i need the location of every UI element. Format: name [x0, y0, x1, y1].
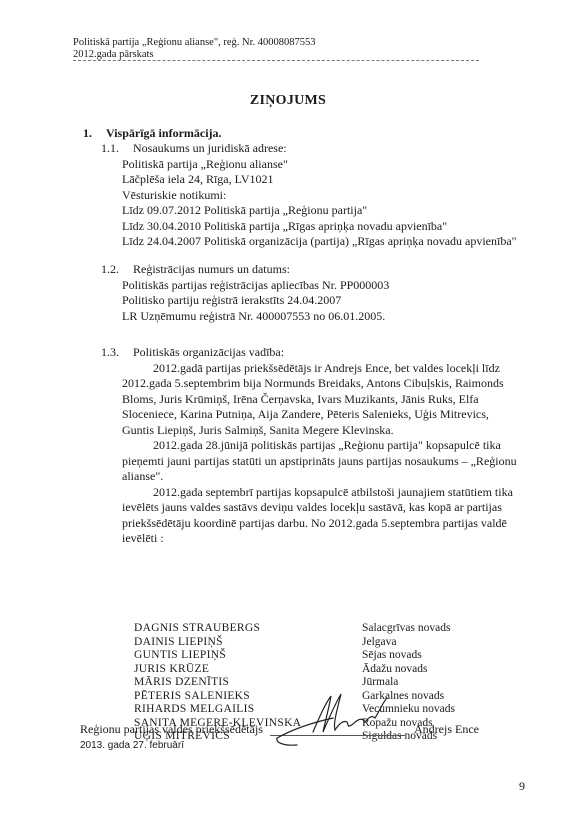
signatory-role: Reģionu partijas valdes priekšsēdētājs	[80, 722, 263, 737]
section-1-1: 1.1.Nosaukums un juridiskā adrese: Polit…	[101, 141, 541, 250]
header-divider	[73, 60, 479, 62]
list-item: DAINIS LIEPIŅŠJelgava	[134, 636, 455, 650]
running-header: Politiskā partija „Reģionu alianse", reģ…	[73, 37, 316, 61]
document-page: Politiskā partija „Reģionu alianse", reģ…	[0, 0, 576, 824]
text-line: Lāčplēša iela 24, Rīga, LV1021	[122, 172, 541, 188]
paragraph: 2012.gada septembrī partijas kopsapulcē …	[122, 485, 522, 547]
signature-date: 2013. gada 27. februārī	[80, 740, 184, 751]
paragraph: 2012.gada 28.jūnijā politiskās partijas …	[122, 438, 522, 485]
list-item: JURIS KRŪZEĀdažu novads	[134, 663, 455, 677]
text-line: Līdz 09.07.2012 Politiskā partija „Reģio…	[122, 203, 541, 219]
text-line: Līdz 24.04.2007 Politiskā organizācija (…	[122, 234, 541, 250]
text-line: Līdz 30.04.2010 Politiskā partija „Rīgas…	[122, 219, 541, 235]
page-number: 9	[519, 779, 525, 794]
section-1-1-lines: Politiskā partija „Reģionu alianse" Lāčp…	[101, 157, 541, 250]
text-line: Politiskā partija „Reģionu alianse"	[122, 157, 541, 173]
section-1-1-heading: 1.1.Nosaukums un juridiskā adrese:	[101, 141, 541, 157]
text-line: LR Uzņēmumu reģistrā Nr. 400007553 no 06…	[122, 309, 541, 325]
section-1-heading: 1.Vispārīgā informācija.	[83, 126, 222, 142]
header-party-line: Politiskā partija „Reģionu alianse", reģ…	[73, 37, 316, 49]
section-1-2: 1.2.Reģistrācijas numurs un datums: Poli…	[101, 262, 541, 324]
handwritten-signature-icon	[275, 688, 395, 750]
section-1-3-body: 2012.gadā partijas priekšsēdētājs ir And…	[101, 361, 522, 547]
section-1-3: 1.3.Politiskās organizācijas vadība: 201…	[101, 345, 541, 547]
text-line: Vēsturiskie notikumi:	[122, 188, 541, 204]
list-item: GUNTIS LIEPIŅŠSējas novads	[134, 649, 455, 663]
section-1-2-heading: 1.2.Reģistrācijas numurs un datums:	[101, 262, 541, 278]
list-item: DAGNIS STRAUBERGSSalacgrīvas novads	[134, 622, 455, 636]
text-line: Politisko partiju reģistrā ierakstīts 24…	[122, 293, 541, 309]
signatory-name: Andrejs Ence	[414, 722, 479, 737]
section-1-2-lines: Politiskās partijas reģistrācijas apliec…	[101, 278, 541, 325]
page-title: ZIŅOJUMS	[0, 93, 576, 109]
text-line: Politiskās partijas reģistrācijas apliec…	[122, 278, 541, 294]
section-1-3-heading: 1.3.Politiskās organizācijas vadība:	[101, 345, 541, 361]
paragraph: 2012.gadā partijas priekšsēdētājs ir And…	[122, 361, 522, 439]
